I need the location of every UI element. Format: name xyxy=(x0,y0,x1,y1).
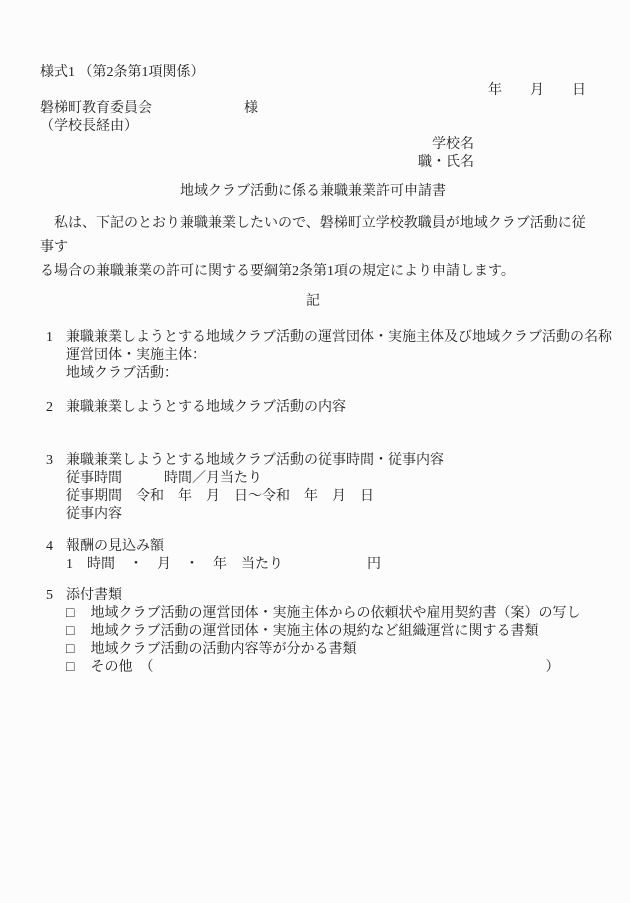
section-1: 1兼職兼業しようとする地域クラブ活動の運営団体・実施主体及び地域クラブ活動の名称… xyxy=(40,329,586,383)
form-number: 様式1 （第2条第1項関係） xyxy=(40,64,586,82)
body-line: る場合の兼職兼業の許可に関する要綱第2条第1項の規定により申請します。 xyxy=(40,260,586,284)
body-paragraph: 私は、下記のとおり兼職兼業したいので、磐梯町立学校教職員が地域クラブ活動に従事す… xyxy=(40,212,586,284)
section-2: 2兼職兼業しようとする地域クラブ活動の内容 xyxy=(40,399,586,417)
section-3: 3兼職兼業しようとする地域クラブ活動の従事時間・従事内容 従事時間 時間／月当た… xyxy=(40,452,586,524)
position-name-label: 職・氏名 xyxy=(40,154,474,172)
date-line: 年 月 日 xyxy=(40,82,586,100)
attachment-checklist-item: □その他 （ ） xyxy=(66,659,586,677)
section-number: 4 xyxy=(46,538,66,556)
section-3-heading: 3兼職兼業しようとする地域クラブ活動の従事時間・従事内容 xyxy=(40,452,586,470)
field-club-activity: 地域クラブ活動： xyxy=(66,365,586,383)
section-1-heading: 1兼職兼業しようとする地域クラブ活動の運営団体・実施主体及び地域クラブ活動の名称 xyxy=(40,329,586,347)
field-engagement-period: 従事期間 令和 年 月 日～令和 年 月 日 xyxy=(66,488,586,506)
field-engagement-content: 従事内容 xyxy=(66,506,586,524)
addressee-honorific: 様 xyxy=(244,100,258,118)
addressee: 磐梯町教育委員会 xyxy=(40,101,152,116)
section-5: 5添付書類 □地域クラブ活動の運営団体・実施主体からの依頼状や雇用契約書（案）の… xyxy=(40,587,586,677)
section-number: 3 xyxy=(46,452,66,470)
section-number: 5 xyxy=(46,587,66,605)
attachment-checklist-item: □地域クラブ活動の運営団体・実施主体からの依頼状や雇用契約書（案）の写し xyxy=(66,605,586,623)
field-remuneration: 1 時間 ・ 月 ・ 年 当たり 円 xyxy=(66,556,586,574)
section-number: 2 xyxy=(46,399,66,417)
checkbox-icon: □ xyxy=(66,659,74,677)
ki-heading: 記 xyxy=(40,293,586,311)
checklist-item-label: 地域クラブ活動の運営団体・実施主体の規約など組織運営に関する書類 xyxy=(90,623,538,641)
via-line: （学校長経由） xyxy=(40,118,586,136)
document-page: 様式1 （第2条第1項関係） 年 月 日 磐梯町教育委員会様 （学校長経由） 学… xyxy=(0,0,630,903)
section-title: 添付書類 xyxy=(66,588,122,603)
checklist-item-label: その他 （ ） xyxy=(90,659,559,677)
section-number: 1 xyxy=(46,329,66,347)
checkbox-icon: □ xyxy=(66,605,74,623)
section-title: 兼職兼業しようとする地域クラブ活動の従事時間・従事内容 xyxy=(66,453,444,468)
checkbox-icon: □ xyxy=(66,623,74,641)
section-5-heading: 5添付書類 xyxy=(40,587,586,605)
body-line: 私は、下記のとおり兼職兼業したいので、磐梯町立学校教職員が地域クラブ活動に従事す xyxy=(40,212,586,260)
field-operating-body: 運営団体・実施主体： xyxy=(66,347,586,365)
document-title: 地域クラブ活動に係る兼職兼業許可申請書 xyxy=(40,183,586,201)
applicant-block: 学校名 職・氏名 xyxy=(40,136,474,172)
checkbox-icon: □ xyxy=(66,641,74,659)
section-4: 4報酬の見込み額 1 時間 ・ 月 ・ 年 当たり 円 xyxy=(40,538,586,574)
section-2-heading: 2兼職兼業しようとする地域クラブ活動の内容 xyxy=(40,399,586,417)
addressee-line: 磐梯町教育委員会様 xyxy=(40,100,586,118)
section-title: 兼職兼業しようとする地域クラブ活動の運営団体・実施主体及び地域クラブ活動の名称 xyxy=(66,330,612,345)
section-title: 報酬の見込み額 xyxy=(66,539,164,554)
school-name-label: 学校名 xyxy=(40,136,474,154)
checklist-item-label: 地域クラブ活動の活動内容等が分かる書類 xyxy=(90,641,356,659)
section-4-heading: 4報酬の見込み額 xyxy=(40,538,586,556)
attachment-checklist-item: □地域クラブ活動の運営団体・実施主体の規約など組織運営に関する書類 xyxy=(66,623,586,641)
field-engagement-hours: 従事時間 時間／月当たり xyxy=(66,470,586,488)
attachment-checklist-item: □地域クラブ活動の活動内容等が分かる書類 xyxy=(66,641,586,659)
checklist-item-label: 地域クラブ活動の運営団体・実施主体からの依頼状や雇用契約書（案）の写し xyxy=(90,605,580,623)
section-title: 兼職兼業しようとする地域クラブ活動の内容 xyxy=(66,400,346,415)
